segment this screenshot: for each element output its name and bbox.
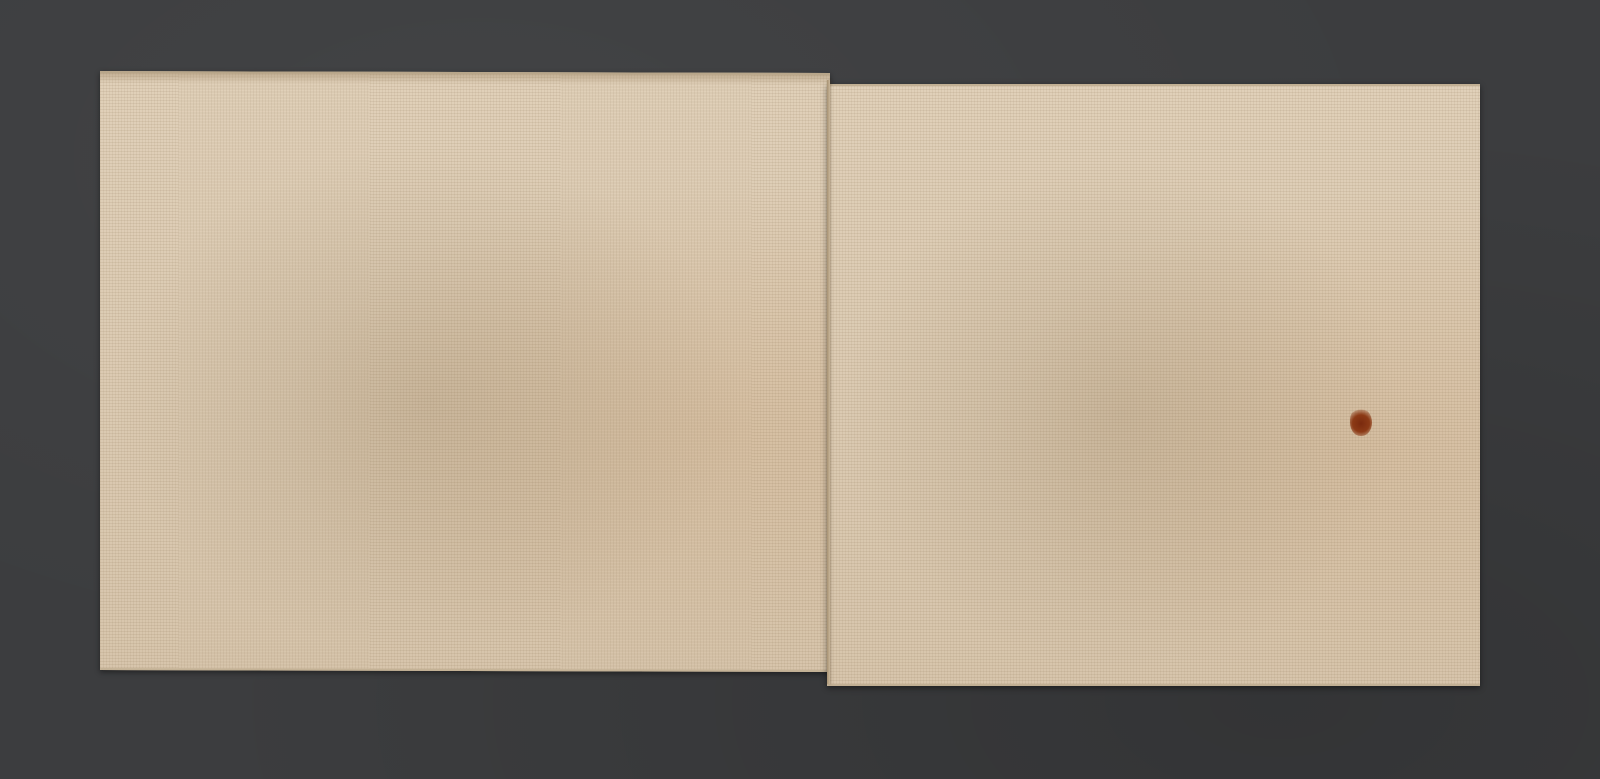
top-edge-discoloration (100, 73, 830, 85)
fabric-armband (100, 72, 1480, 684)
rust-stain (1350, 408, 1372, 436)
armband-right-panel (827, 84, 1480, 686)
center-seam (827, 80, 830, 684)
armband-left-panel (100, 71, 830, 672)
